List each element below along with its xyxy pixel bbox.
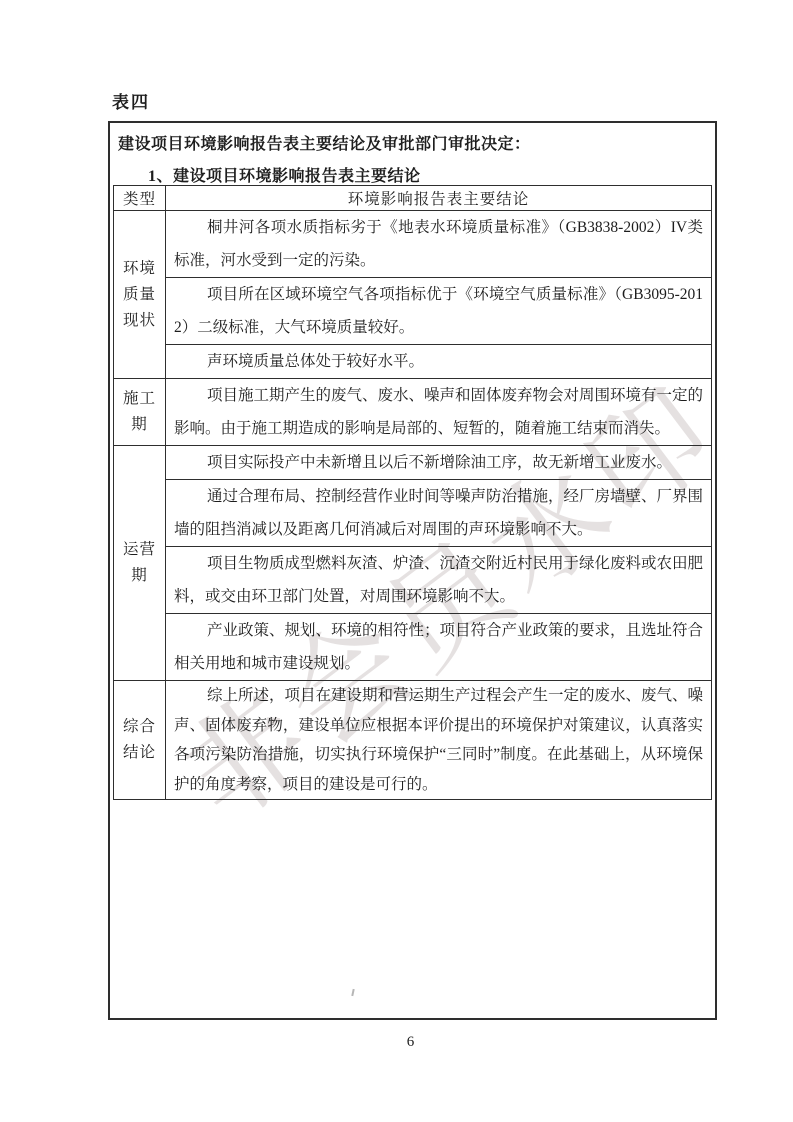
report-title: 建设项目环境影响报告表主要结论及审批部门审批决定：: [118, 131, 531, 154]
table-row: 环境质量现状 桐井河各项水质指标劣于《地表水环境质量标准》（GB3838-200…: [114, 211, 712, 278]
page-number: 6: [108, 1034, 713, 1051]
row-group-label-operation-period: 运营期: [114, 446, 166, 681]
table-row: 施工期 项目施工期产生的废气、废水、噪声和固体废弃物会对周围环境有一定的影响。由…: [114, 379, 712, 446]
column-header-conclusion: 环境影响报告表主要结论: [166, 186, 712, 211]
section-heading: 1、建设项目环境影响报告表主要结论: [148, 163, 421, 186]
cell-overall-conclusion: 综上所述，项目在建设期和营运期生产过程会产生一定的废水、废气、噪声、固体废弃物，…: [166, 681, 712, 800]
row-group-label-environment-quality: 环境质量现状: [114, 211, 166, 379]
column-header-type: 类型: [114, 186, 166, 211]
table-row: 声环境质量总体处于较好水平。: [114, 345, 712, 379]
table-row: 通过合理布局、控制经营作业时间等噪声防治措施，经厂房墙壁、厂界围墙的阻挡消减以及…: [114, 480, 712, 547]
table-header-row: 类型 环境影响报告表主要结论: [114, 186, 712, 211]
cell-policy-compliance: 产业政策、规划、环境的相符性；项目符合产业政策的要求，且选址符合相关用地和城市建…: [166, 614, 712, 681]
table-row: 运营期 项目实际投产中未新增且以后不新增除油工序，故无新增工业废水。: [114, 446, 712, 480]
cell-construction-impact: 项目施工期产生的废气、废水、噪声和固体废弃物会对周围环境有一定的影响。由于施工期…: [166, 379, 712, 446]
document-page: { "page": { "table_label": "表四", "page_n…: [0, 0, 793, 1122]
cell-air-quality: 项目所在区域环境空气各项指标优于《环境空气质量标准》（GB3095-2012）二…: [166, 278, 712, 345]
cell-wastewater: 项目实际投产中未新增且以后不新增除油工序，故无新增工业废水。: [166, 446, 712, 480]
row-group-label-overall-conclusion: 综合结论: [114, 681, 166, 800]
table-row: 综合结论 综上所述，项目在建设期和营运期生产过程会产生一定的废水、废气、噪声、固…: [114, 681, 712, 800]
cell-solid-waste: 项目生物质成型燃料灰渣、炉渣、沉渣交附近村民用于绿化废料或农田肥料，或交由环卫部…: [166, 547, 712, 614]
table-number-label: 表四: [112, 88, 150, 113]
row-group-label-construction-period: 施工期: [114, 379, 166, 446]
table-row: 项目生物质成型燃料灰渣、炉渣、沉渣交附近村民用于绿化废料或农田肥料，或交由环卫部…: [114, 547, 712, 614]
table-row: 项目所在区域环境空气各项指标优于《环境空气质量标准》（GB3095-2012）二…: [114, 278, 712, 345]
cell-acoustic-quality: 声环境质量总体处于较好水平。: [166, 345, 712, 379]
table-row: 产业政策、规划、环境的相符性；项目符合产业政策的要求，且选址符合相关用地和城市建…: [114, 614, 712, 681]
cell-water-quality: 桐井河各项水质指标劣于《地表水环境质量标准》（GB3838-2002）IV类标准…: [166, 211, 712, 278]
report-outer-frame: 建设项目环境影响报告表主要结论及审批部门审批决定： 1、建设项目环境影响报告表主…: [108, 121, 717, 1020]
cell-noise-control: 通过合理布局、控制经营作业时间等噪声防治措施，经厂房墙壁、厂界围墙的阻挡消减以及…: [166, 480, 712, 547]
conclusion-table: 类型 环境影响报告表主要结论 环境质量现状 桐井河各项水质指标劣于《地表水环境质…: [113, 185, 712, 800]
